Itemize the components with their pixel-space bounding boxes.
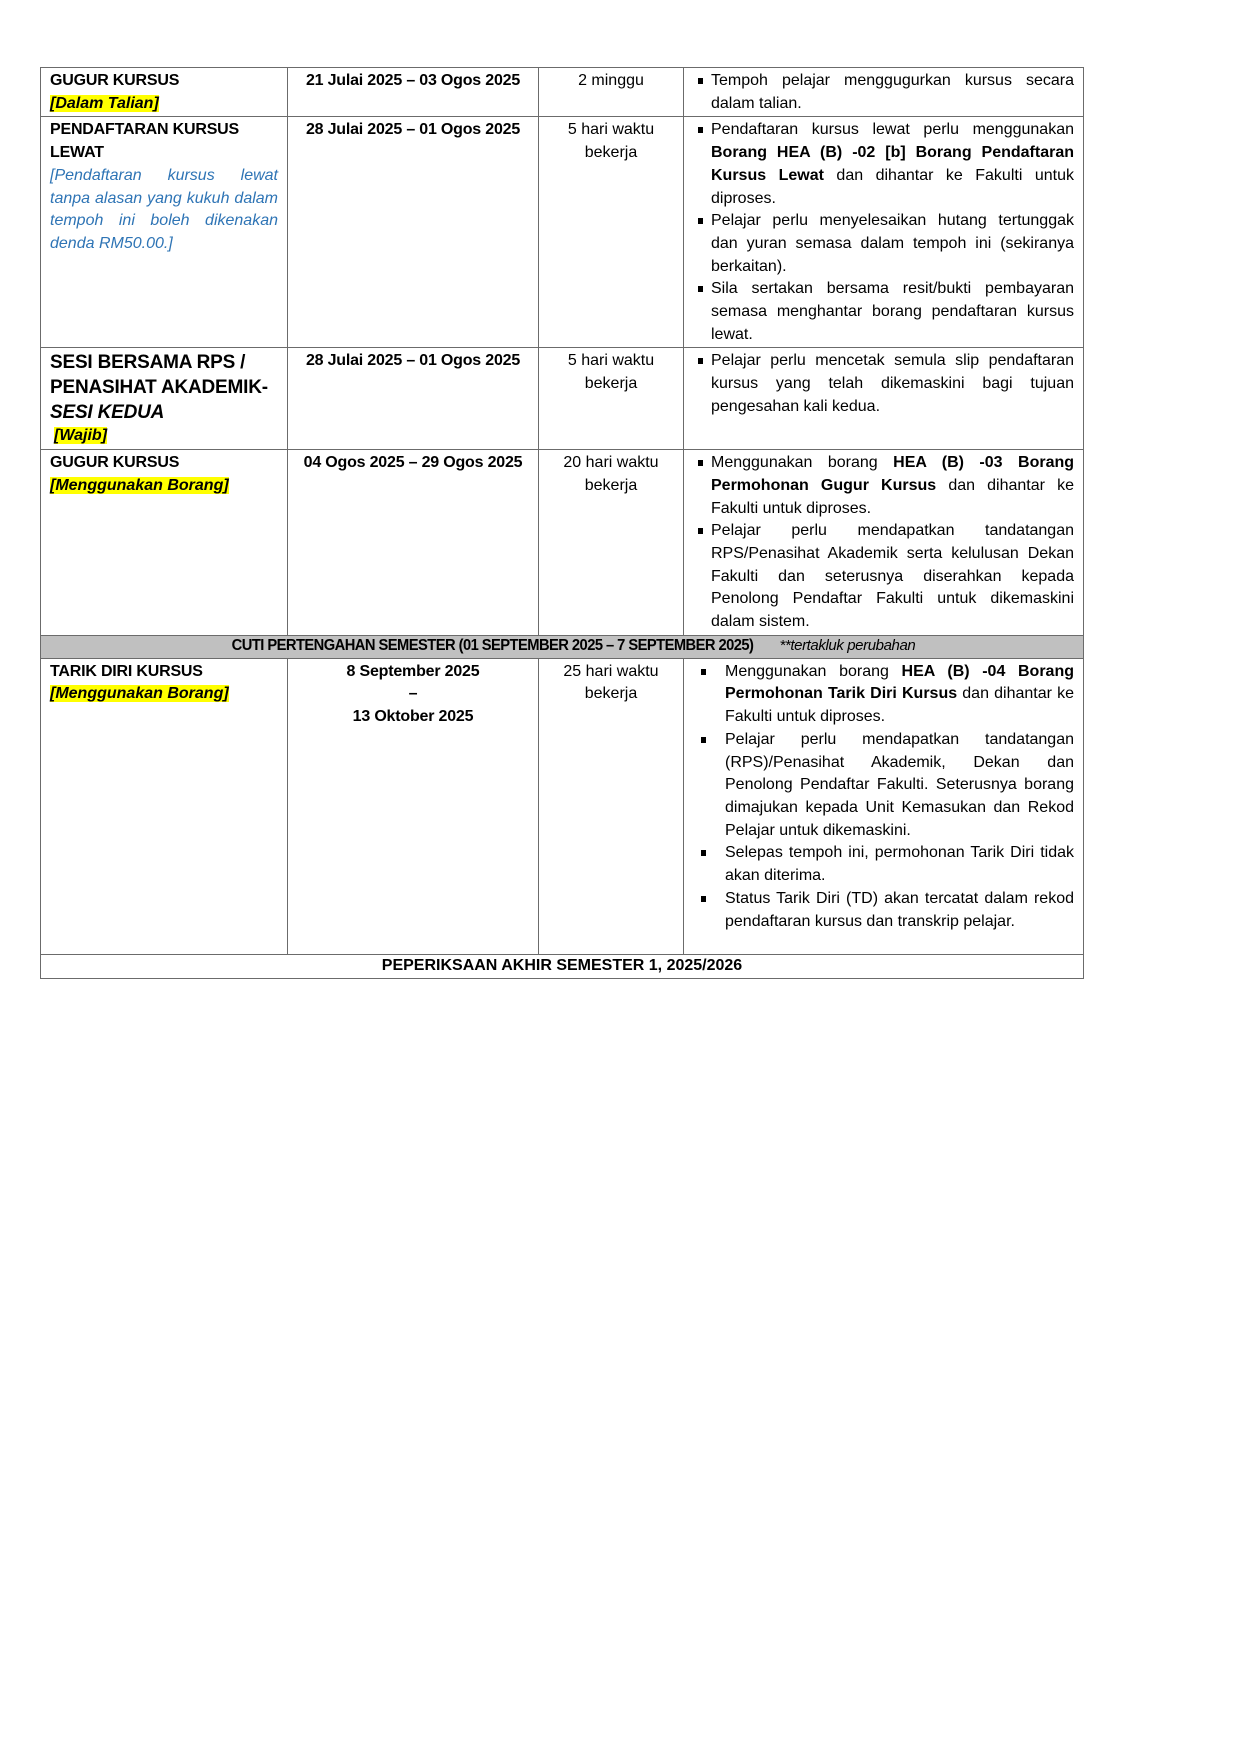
final-exam-band: PEPERIKSAAN AKHIR SEMESTER 1, 2025/2026 xyxy=(41,954,1084,978)
duration-cell: 5 hari waktu bekerja xyxy=(539,348,684,450)
highlight-tag: [Menggunakan Borang] xyxy=(50,685,229,702)
list-item: Menggunakan borang HEA (B) -04 Borang Pe… xyxy=(693,661,1074,729)
list-item: Menggunakan borang HEA (B) -03 Borang Pe… xyxy=(693,452,1074,520)
list-item: Status Tarik Diri (TD) akan tercatat dal… xyxy=(693,888,1074,933)
date-cell: 28 Julai 2025 – 01 Ogos 2025 xyxy=(288,348,539,450)
activity-title: GUGUR KURSUS xyxy=(50,452,278,475)
mid-semester-break-band: CUTI PERTENGAHAN SEMESTER (01 SEPTEMBER … xyxy=(41,635,1084,658)
list-item: Selepas tempoh ini, permohonan Tarik Dir… xyxy=(693,842,1074,887)
notes-list: Menggunakan borang HEA (B) -04 Borang Pe… xyxy=(693,661,1074,933)
notes-list: Menggunakan borang HEA (B) -03 Borang Pe… xyxy=(693,452,1074,634)
academic-calendar-page: GUGUR KURSUS [Dalam Talian] 21 Julai 202… xyxy=(40,67,1083,979)
notes-cell: Pendaftaran kursus lewat perlu menggunak… xyxy=(684,117,1084,348)
activity-cell: SESI BERSAMA RPS / PENASIHAT AKADEMIK- S… xyxy=(41,348,288,450)
activity-title: SESI BERSAMA RPS / PENASIHAT AKADEMIK- S… xyxy=(50,350,278,425)
duration-cell: 2 minggu xyxy=(539,68,684,117)
list-item: Pelajar perlu mendapatkan tandatangan RP… xyxy=(693,520,1074,634)
activity-cell: GUGUR KURSUS [Menggunakan Borang] xyxy=(41,450,288,636)
break-subject-to-change: **tertakluk perubahan xyxy=(776,637,916,654)
list-item: Sila sertakan bersama resit/bukti pembay… xyxy=(693,278,1074,346)
date-cell: 28 Julai 2025 – 01 Ogos 2025 xyxy=(288,117,539,348)
highlight-tag: [Wajib] xyxy=(54,427,107,444)
notes-cell: Pelajar perlu mencetak semula slip penda… xyxy=(684,348,1084,450)
list-item: Tempoh pelajar menggugurkan kursus secar… xyxy=(693,70,1074,115)
table-row: TARIK DIRI KURSUS [Menggunakan Borang] 8… xyxy=(41,658,1084,954)
list-item: Pendaftaran kursus lewat perlu menggunak… xyxy=(693,119,1074,210)
activity-cell: TARIK DIRI KURSUS [Menggunakan Borang] xyxy=(41,658,288,954)
activity-title: PENDAFTARAN KURSUS LEWAT xyxy=(50,119,278,164)
academic-calendar-table: GUGUR KURSUS [Dalam Talian] 21 Julai 202… xyxy=(40,67,1084,979)
list-item: Pelajar perlu mencetak semula slip penda… xyxy=(693,350,1074,418)
table-row: GUGUR KURSUS [Menggunakan Borang] 04 Ogo… xyxy=(41,450,1084,636)
notes-cell: Menggunakan borang HEA (B) -03 Borang Pe… xyxy=(684,450,1084,636)
highlight-tag: [Dalam Talian] xyxy=(50,95,159,112)
penalty-note: [Pendaftaran kursus lewat tanpa alasan y… xyxy=(50,165,278,256)
date-cell: 21 Julai 2025 – 03 Ogos 2025 xyxy=(288,68,539,117)
table-row: SESI BERSAMA RPS / PENASIHAT AKADEMIK- S… xyxy=(41,348,1084,450)
final-exam-title: PEPERIKSAAN AKHIR SEMESTER 1, 2025/2026 xyxy=(41,954,1084,978)
table-row: GUGUR KURSUS [Dalam Talian] 21 Julai 202… xyxy=(41,68,1084,117)
duration-cell: 20 hari waktu bekerja xyxy=(539,450,684,636)
list-item: Pelajar perlu menyelesaikan hutang tertu… xyxy=(693,210,1074,278)
notes-list: Tempoh pelajar menggugurkan kursus secar… xyxy=(693,70,1074,115)
duration-cell: 25 hari waktu bekerja xyxy=(539,658,684,954)
highlight-tag: [Menggunakan Borang] xyxy=(50,477,229,494)
notes-list: Pendaftaran kursus lewat perlu menggunak… xyxy=(693,119,1074,346)
notes-cell: Tempoh pelajar menggugurkan kursus secar… xyxy=(684,68,1084,117)
activity-title: TARIK DIRI KURSUS xyxy=(50,661,278,684)
date-cell: 8 September 2025 – 13 Oktober 2025 xyxy=(288,658,539,954)
activity-cell: GUGUR KURSUS [Dalam Talian] xyxy=(41,68,288,117)
duration-cell: 5 hari waktu bekerja xyxy=(539,117,684,348)
notes-cell: Menggunakan borang HEA (B) -04 Borang Pe… xyxy=(684,658,1084,954)
table-row: PENDAFTARAN KURSUS LEWAT [Pendaftaran ku… xyxy=(41,117,1084,348)
activity-cell: PENDAFTARAN KURSUS LEWAT [Pendaftaran ku… xyxy=(41,117,288,348)
date-cell: 04 Ogos 2025 – 29 Ogos 2025 xyxy=(288,450,539,636)
break-title: CUTI PERTENGAHAN SEMESTER (01 SEPTEMBER … xyxy=(231,636,753,656)
activity-title: GUGUR KURSUS xyxy=(50,70,278,93)
notes-list: Pelajar perlu mencetak semula slip penda… xyxy=(693,350,1074,418)
list-item: Pelajar perlu mendapatkan tandatangan (R… xyxy=(693,729,1074,843)
